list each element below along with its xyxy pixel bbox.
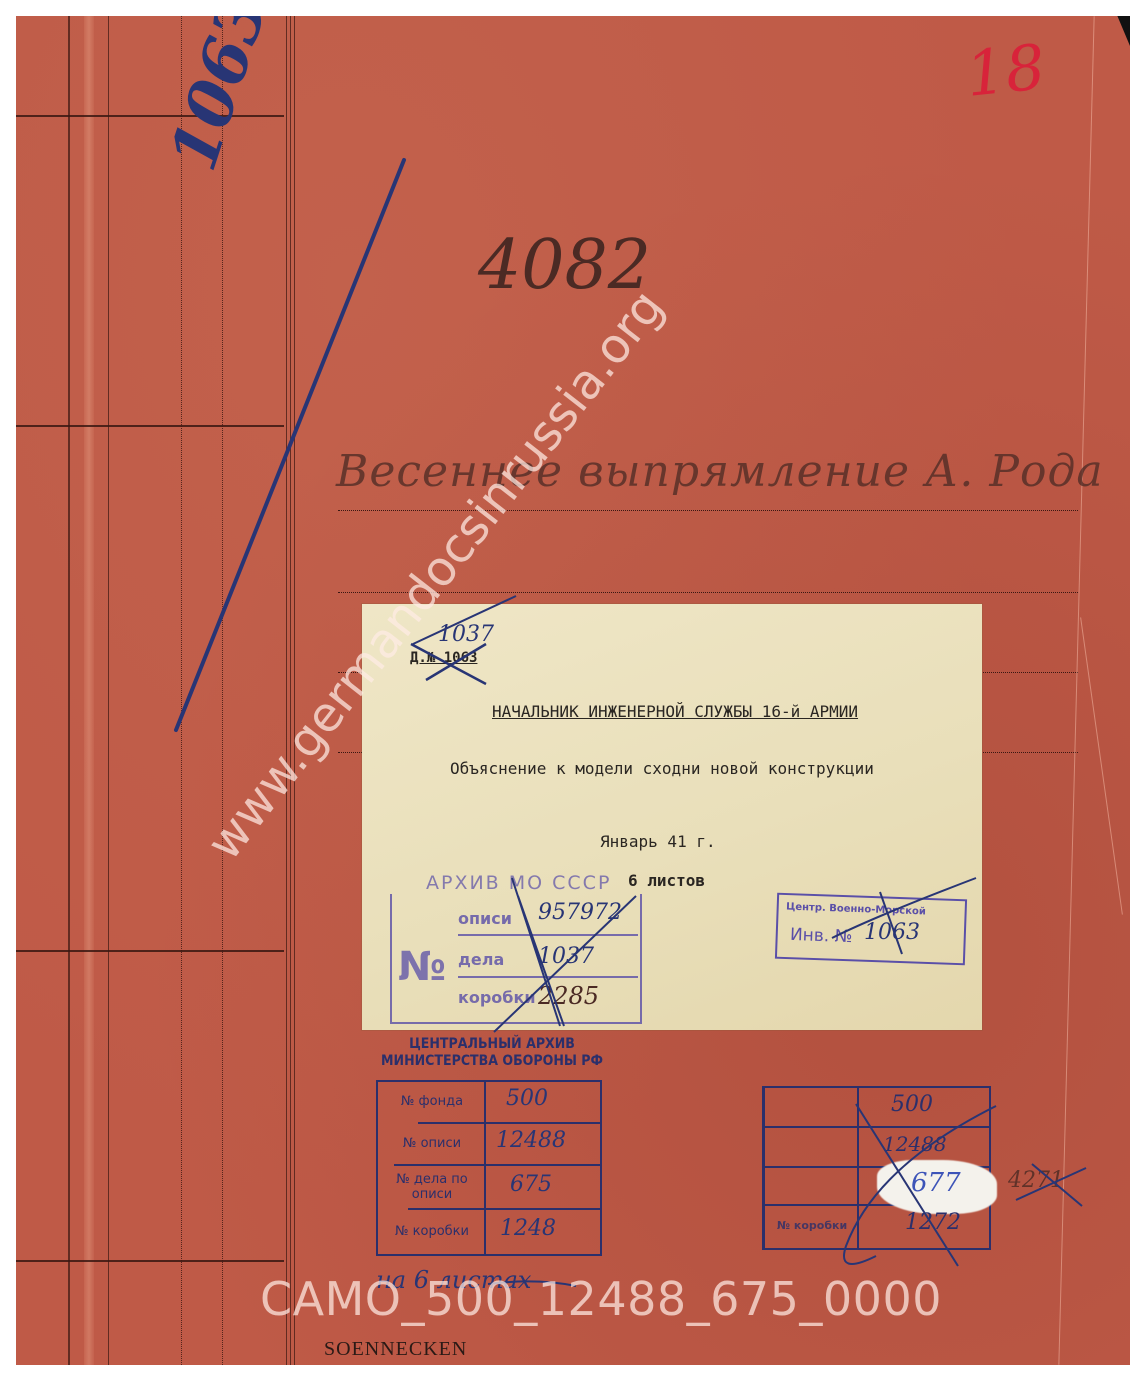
file-id-watermark: CAMO_500_12488_675_0000 bbox=[260, 1272, 942, 1326]
folder-cover: 18 1063 4082 Весеннее выпрямление А. Род… bbox=[16, 16, 1130, 1365]
pen-strike-marks bbox=[16, 16, 1130, 1365]
manufacturer-imprint: SOENNECKEN bbox=[324, 1338, 467, 1361]
